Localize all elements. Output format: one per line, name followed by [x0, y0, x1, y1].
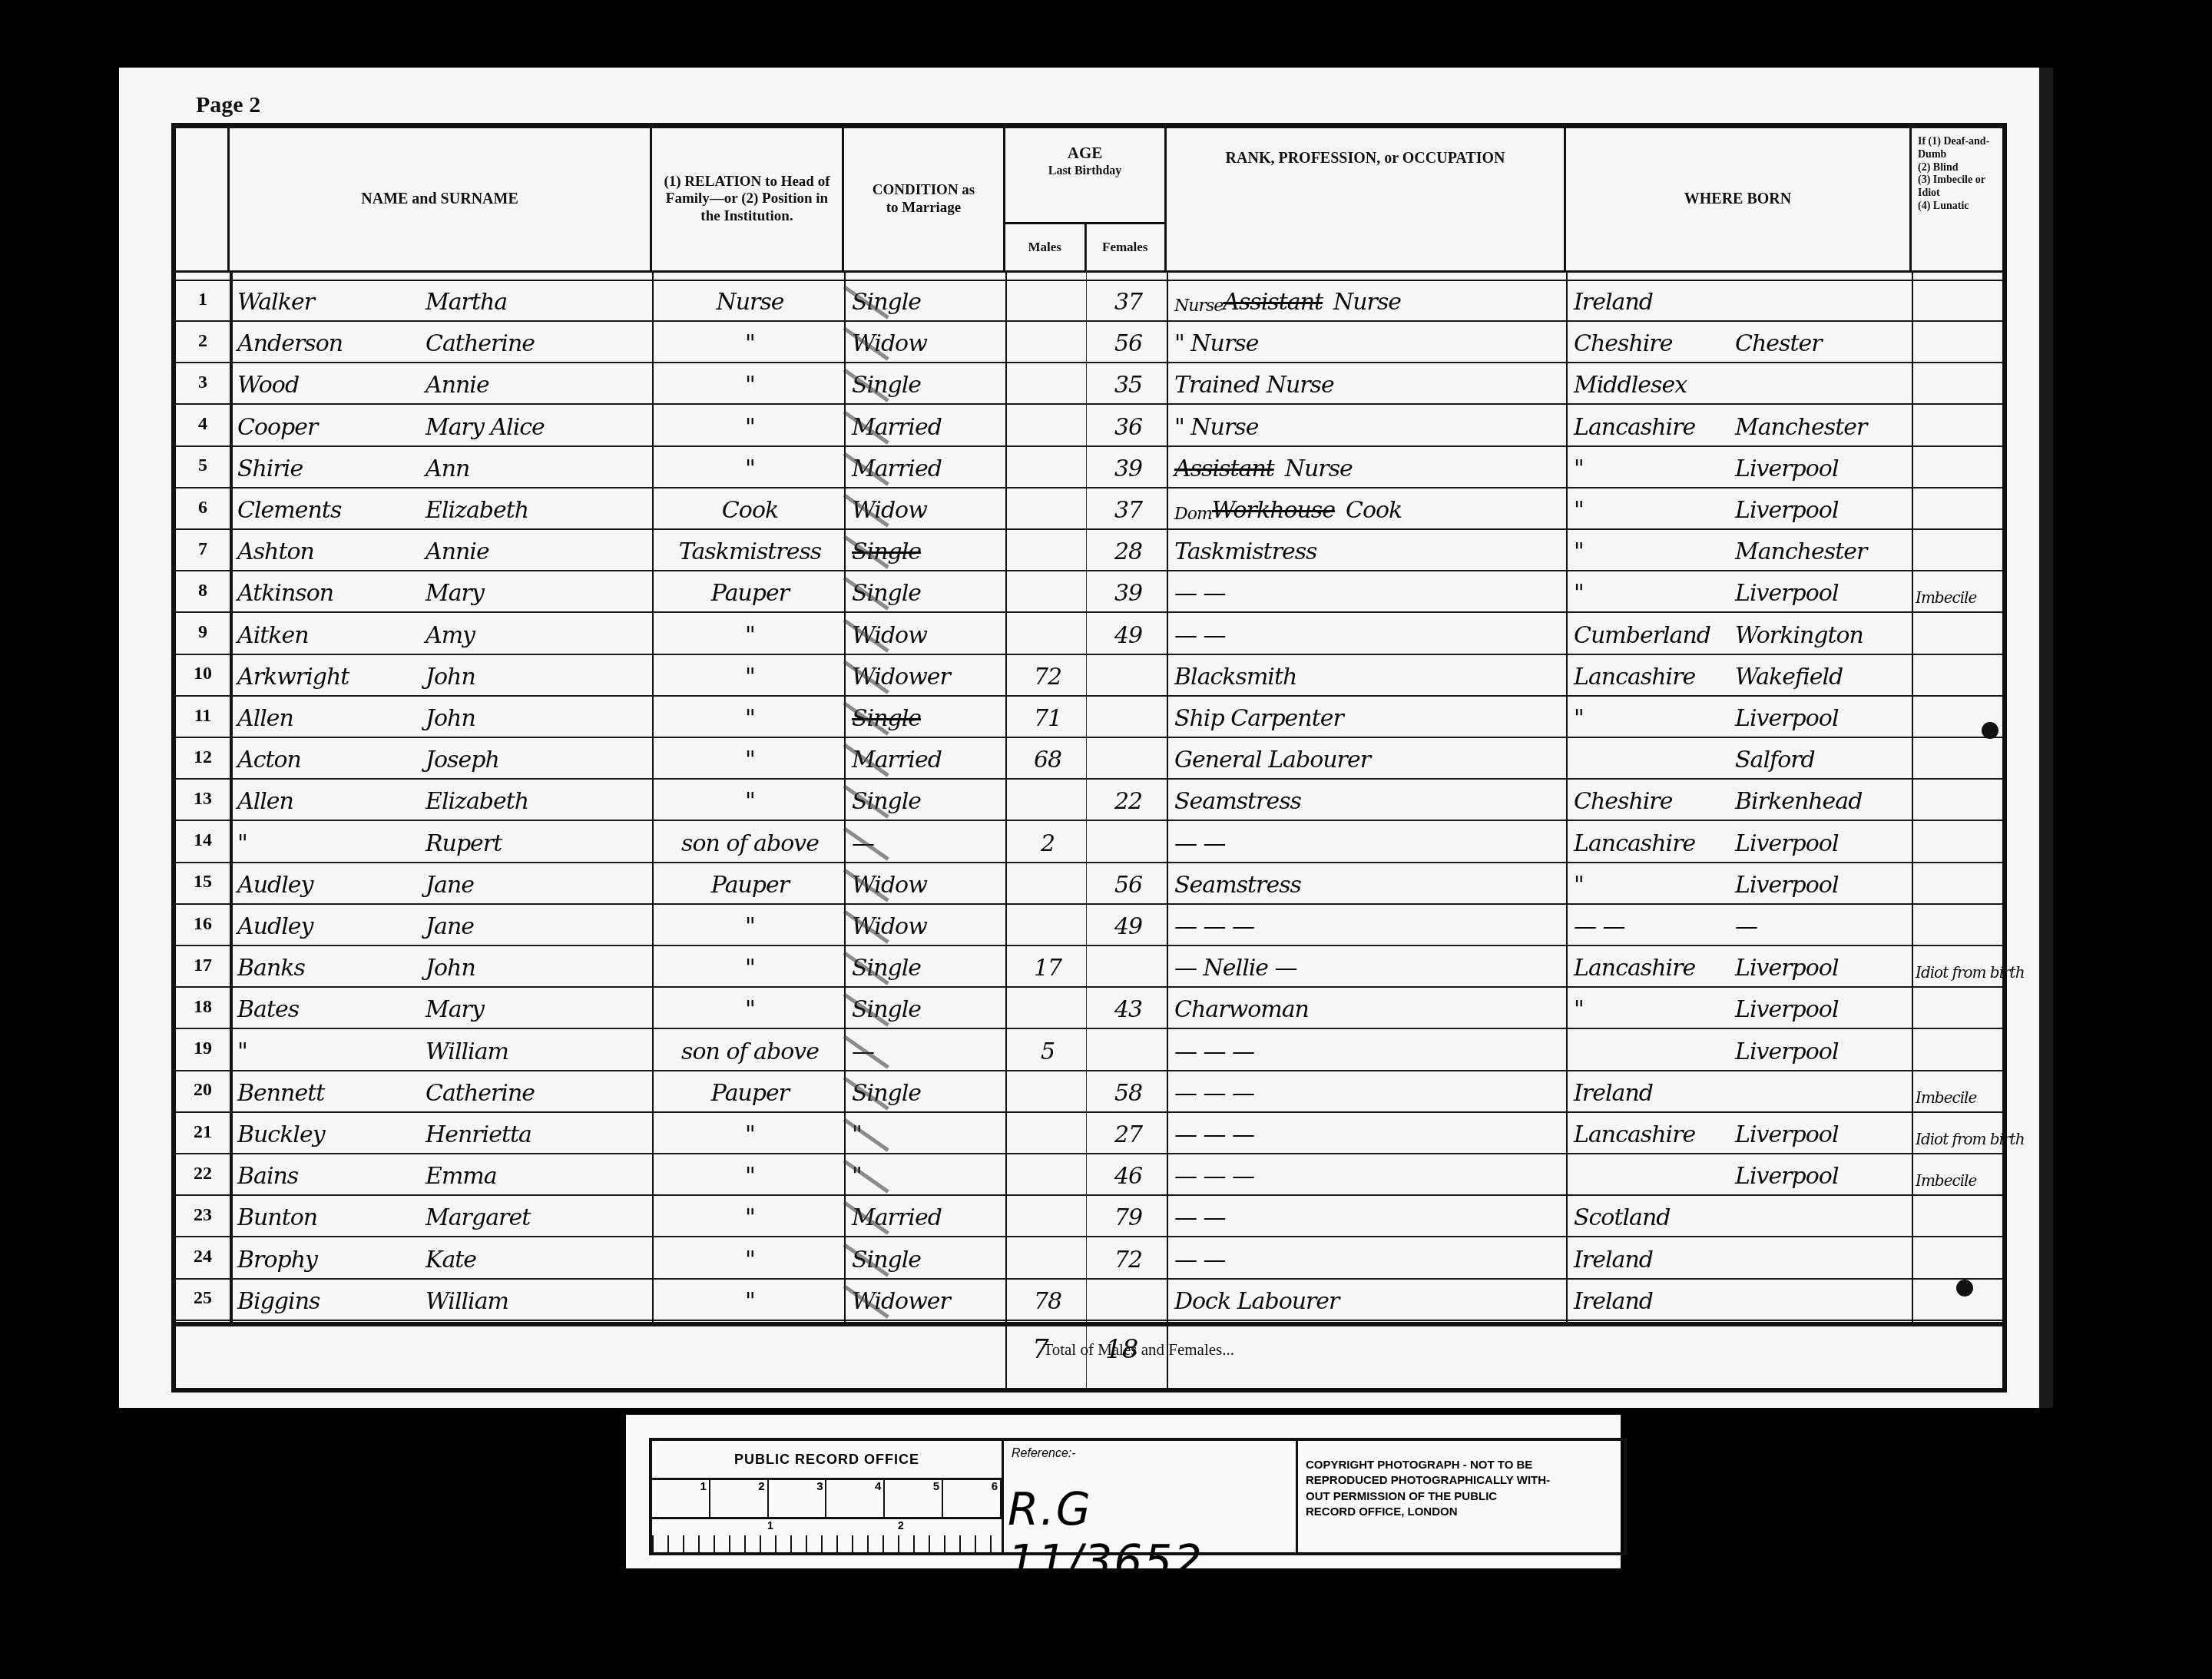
cell-infirmity — [1916, 778, 2004, 820]
table-row: 7AshtonAnnieTaskmistressSingle28Taskmist… — [176, 528, 2002, 571]
col-divider — [230, 270, 233, 1326]
cell-relation: " — [660, 612, 840, 654]
cell-born-county: Ireland — [1574, 279, 1739, 320]
table-row: 22BainsEmma""46— — —LiverpoolImbecile — [176, 1153, 2002, 1196]
table-row: 6ClementsElizabethCookWidow37Dom Workhou… — [176, 487, 2002, 530]
cell-relation: son of above — [660, 820, 840, 862]
total-females: 18 — [1105, 1334, 1138, 1365]
cell-relation: " — [660, 1194, 840, 1236]
ruler-tick-label: 6 — [943, 1480, 1002, 1517]
cell-relation: " — [660, 362, 840, 403]
cell-condition: Single — [852, 1070, 1005, 1111]
cell-no: 15 — [176, 862, 230, 903]
cell-surname: Walker — [237, 279, 437, 320]
cell-born-place: — — [1735, 903, 1908, 945]
table-row: 20BennettCatherinePauperSingle58— — —Ire… — [176, 1070, 2002, 1113]
cell-born-county: Cheshire — [1574, 320, 1739, 362]
cell-surname: Anderson — [237, 320, 437, 362]
cell-infirmity — [1916, 528, 2004, 570]
cell-occupation: — — — [1174, 1237, 1562, 1278]
cell-occupation-value: Nurse — [1285, 455, 1353, 482]
cell-occupation: Seamstress — [1174, 862, 1562, 903]
cell-infirmity — [1916, 362, 2004, 403]
cell-condition: Single — [852, 362, 1005, 403]
table-row: 24BrophyKate"Single72— —Ireland — [176, 1237, 2002, 1280]
cell-female-age: 28 — [1090, 528, 1167, 570]
cell-born-county: " — [1574, 528, 1739, 570]
header-occupation: RANK, PROFESSION, or OCCUPATION — [1167, 128, 1566, 270]
cell-occupation: " Nurse — [1174, 404, 1562, 445]
cell-born-county: Lancashire — [1574, 1111, 1739, 1153]
table-row: 25BigginsWilliam"Widower78Dock LabourerI… — [176, 1278, 2002, 1321]
cell-forename: Kate — [426, 1237, 648, 1278]
cell-condition: Widow — [852, 903, 1005, 945]
table-row: 10ArkwrightJohn"Widower72BlacksmithLanca… — [176, 654, 2002, 697]
cell-female-age — [1090, 1278, 1167, 1320]
cell-no: 10 — [176, 654, 230, 695]
cell-born-county: Ireland — [1574, 1070, 1739, 1111]
cell-condition: Single — [852, 1237, 1005, 1278]
cell-no: 19 — [176, 1028, 230, 1070]
census-page: Page 2 NAME and SURNAME (1) RELATION to … — [119, 68, 2053, 1408]
cell-occupation: — — — — [1174, 903, 1562, 945]
cell-relation: " — [660, 320, 840, 362]
cell-relation: " — [660, 945, 840, 986]
cell-born-county: " — [1574, 445, 1739, 487]
total-males: 7 — [1032, 1334, 1049, 1365]
col-divider — [1912, 270, 1913, 1326]
cell-condition: " — [852, 1153, 1005, 1194]
cell-born-place: Manchester — [1735, 404, 1908, 445]
cell-female-age: 56 — [1090, 320, 1167, 362]
col-divider — [1005, 270, 1007, 1388]
cell-condition: Single — [852, 778, 1005, 820]
table-row: 4CooperMary Alice"Married36" NurseLancas… — [176, 404, 2002, 447]
ruler-tick-label: 3 — [769, 1480, 827, 1517]
cell-condition: — — [852, 820, 1005, 862]
cell-forename: Annie — [426, 362, 648, 403]
cell-occupation: Trained Nurse — [1174, 362, 1562, 403]
cell-male-age — [1009, 1237, 1086, 1278]
header-relation: (1) RELATION to Head of Family—or (2) Po… — [652, 128, 844, 270]
cell-occupation: Dock Labourer — [1174, 1278, 1562, 1320]
cell-male-age — [1009, 986, 1086, 1028]
cell-born-county: Lancashire — [1574, 945, 1739, 986]
cell-female-age — [1090, 820, 1167, 862]
cell-male-age — [1009, 612, 1086, 654]
cell-born-county: " — [1574, 862, 1739, 903]
cell-condition: Married — [852, 737, 1005, 778]
cell-male-age — [1009, 487, 1086, 528]
struck-text: Assistant — [1223, 289, 1323, 316]
cell-condition: Widow — [852, 487, 1005, 528]
cell-no: 22 — [176, 1153, 230, 1194]
cell-relation: " — [660, 903, 840, 945]
struck-text: Assistant — [1174, 455, 1274, 482]
cell-no: 11 — [176, 695, 230, 737]
cell-no: 7 — [176, 528, 230, 570]
cell-male-age — [1009, 1194, 1086, 1236]
cell-forename: Annie — [426, 528, 648, 570]
cell-born-county: " — [1574, 695, 1739, 737]
cell-born-county: " — [1574, 986, 1739, 1028]
cell-male-age — [1009, 528, 1086, 570]
cell-occupation: Blacksmith — [1174, 654, 1562, 695]
cell-infirmity — [1916, 820, 2004, 862]
cell-female-age: 72 — [1090, 1237, 1167, 1278]
cell-occupation: — — — — [1174, 1028, 1562, 1070]
cell-no: 25 — [176, 1278, 230, 1320]
cell-relation: " — [660, 1153, 840, 1194]
cell-no: 12 — [176, 737, 230, 778]
cell-no: 1 — [176, 279, 230, 320]
reference-label: Reference:- — [1012, 1447, 1076, 1461]
header-name: NAME and SURNAME — [230, 128, 652, 270]
cell-infirmity — [1916, 986, 2004, 1028]
cell-born-place: Workington — [1735, 612, 1908, 654]
cell-female-age — [1090, 1028, 1167, 1070]
cell-forename: Henrietta — [426, 1111, 648, 1153]
cell-relation: " — [660, 1111, 840, 1153]
ink-blot — [1956, 1280, 1973, 1297]
cell-condition: Single — [852, 945, 1005, 986]
table-row: 9AitkenAmy"Widow49— —CumberlandWorkingto… — [176, 612, 2002, 655]
header-where-born: WHERE BORN — [1566, 128, 1912, 270]
cell-female-age: 37 — [1090, 279, 1167, 320]
cell-forename: Catherine — [426, 1070, 648, 1111]
cell-forename: John — [426, 695, 648, 737]
age-males-header: Males — [1005, 224, 1086, 270]
cell-no: 17 — [176, 945, 230, 986]
table-row: 3WoodAnnie"Single35Trained NurseMiddlese… — [176, 362, 2002, 405]
age-subtitle: Last Birthday — [1048, 164, 1122, 179]
cell-surname: Ashton — [237, 528, 437, 570]
cell-male-age — [1009, 320, 1086, 362]
cell-forename: John — [426, 654, 648, 695]
cell-forename: Mary — [426, 570, 648, 611]
cell-forename: Margaret — [426, 1194, 648, 1236]
cell-born-county: Scotland — [1574, 1194, 1739, 1236]
copyright-notice: COPYRIGHT PHOTOGRAPH - NOT TO BE REPRODU… — [1298, 1441, 1624, 1552]
cell-female-age: 79 — [1090, 1194, 1167, 1236]
cell-infirmity — [1916, 1194, 2004, 1236]
cell-infirmity — [1916, 654, 2004, 695]
ruler-tick-label: 4 — [826, 1480, 885, 1517]
cell-female-age — [1090, 654, 1167, 695]
cell-male-age: 17 — [1009, 945, 1086, 986]
cell-born-county: Lancashire — [1574, 820, 1739, 862]
cell-occupation: — — — — [1174, 1153, 1562, 1194]
cell-occupation: Seamstress — [1174, 778, 1562, 820]
cell-condition: Widower — [852, 1278, 1005, 1320]
cell-born-place: Wakefield — [1735, 654, 1908, 695]
cell-surname: Atkinson — [237, 570, 437, 611]
cell-relation: Pauper — [660, 1070, 840, 1111]
cell-infirmity — [1916, 404, 2004, 445]
cell-occupation: — — — — [1174, 1070, 1562, 1111]
table-row: 16AudleyJane"Widow49— — —— —— — [176, 903, 2002, 946]
cell-occupation: Ship Carpenter — [1174, 695, 1562, 737]
cell-born-place: Chester — [1735, 320, 1908, 362]
cell-infirmity — [1916, 862, 2004, 903]
cell-male-age — [1009, 404, 1086, 445]
cell-surname: Clements — [237, 487, 437, 528]
cell-infirmity — [1916, 487, 2004, 528]
cell-born-place — [1735, 1070, 1908, 1111]
cell-surname: Allen — [237, 695, 437, 737]
cell-no: 23 — [176, 1194, 230, 1236]
cell-forename: Mary — [426, 986, 648, 1028]
cell-surname: Bunton — [237, 1194, 437, 1236]
cell-condition: Married — [852, 1194, 1005, 1236]
cell-infirmity: Imbecile — [1916, 1153, 2004, 1194]
totals-row: Total of Males and Females... 7 18 — [176, 1322, 2002, 1388]
cell-condition: " — [852, 1111, 1005, 1153]
ink-blot — [1982, 722, 1998, 739]
cell-occupation: Dom WorkhouseCook — [1174, 487, 1562, 528]
cell-born-county: Cheshire — [1574, 778, 1739, 820]
cell-surname: Aitken — [237, 612, 437, 654]
cell-born-place: Liverpool — [1735, 820, 1908, 862]
cell-condition: Widower — [852, 654, 1005, 695]
totals-label: Total of Males and Females... — [1043, 1340, 1234, 1359]
cell-occupation: — — — [1174, 820, 1562, 862]
cell-no: 3 — [176, 362, 230, 403]
cell-female-age: 43 — [1090, 986, 1167, 1028]
cell-condition: Married — [852, 445, 1005, 487]
cell-male-age: 2 — [1009, 820, 1086, 862]
cell-surname: Buckley — [237, 1111, 437, 1153]
census-ledger: NAME and SURNAME (1) RELATION to Head of… — [171, 123, 2007, 1393]
cell-no: 20 — [176, 1070, 230, 1111]
cell-female-age: 27 — [1090, 1111, 1167, 1153]
cell-forename: Rupert — [426, 820, 648, 862]
cell-relation: " — [660, 737, 840, 778]
cell-forename: Elizabeth — [426, 778, 648, 820]
cell-born-place — [1735, 1278, 1908, 1320]
table-row: 2AndersonCatherine"Widow56" NurseCheshir… — [176, 320, 2002, 363]
ruler-tick-label: 5 — [885, 1480, 943, 1517]
header-condition: CONDITION as to Marriage — [844, 128, 1005, 270]
cell-infirmity: Imbecile — [1916, 570, 2004, 611]
cell-male-age — [1009, 362, 1086, 403]
cell-occupation: — — — [1174, 570, 1562, 611]
scale-ruler-inch: 12 — [652, 1519, 1002, 1552]
cell-surname: Banks — [237, 945, 437, 986]
table-row: 5ShirieAnn"Married39AssistantNurse"Liver… — [176, 445, 2002, 488]
table-row: 11AllenJohn"Single71Ship Carpenter"Liver… — [176, 695, 2002, 738]
cell-born-county: Middlesex — [1574, 362, 1739, 403]
cell-no: 9 — [176, 612, 230, 654]
cell-relation: " — [660, 778, 840, 820]
cell-surname: Acton — [237, 737, 437, 778]
cell-condition: — — [852, 1028, 1005, 1070]
cell-condition: Single — [852, 986, 1005, 1028]
age-title: AGE — [1068, 144, 1103, 163]
cell-female-age — [1090, 737, 1167, 778]
cell-no: 4 — [176, 404, 230, 445]
cell-no: 24 — [176, 1237, 230, 1278]
cell-surname: Arkwright — [237, 654, 437, 695]
cell-forename: Catherine — [426, 320, 648, 362]
cell-occupation: — — — [1174, 612, 1562, 654]
table-row: 12ActonJoseph"Married68General LabourerS… — [176, 737, 2002, 780]
cell-female-age: 46 — [1090, 1153, 1167, 1194]
cell-female-age: 49 — [1090, 612, 1167, 654]
cell-infirmity: Imbecile — [1916, 1070, 2004, 1111]
cell-male-age — [1009, 903, 1086, 945]
cell-no: 16 — [176, 903, 230, 945]
cell-born-place — [1735, 1194, 1908, 1236]
cell-male-age: 68 — [1009, 737, 1086, 778]
cell-born-county — [1574, 737, 1739, 778]
cell-infirmity — [1916, 279, 2004, 320]
table-row: 21BuckleyHenrietta""27— — —LancashireLiv… — [176, 1111, 2002, 1154]
cell-no: 5 — [176, 445, 230, 487]
cell-occupation-value: Cook — [1346, 497, 1402, 524]
cell-forename: Martha — [426, 279, 648, 320]
cell-occupation: — — — [1174, 1194, 1562, 1236]
cell-occupation: Taskmistress — [1174, 528, 1562, 570]
cell-infirmity — [1916, 903, 2004, 945]
cell-born-place: Liverpool — [1735, 695, 1908, 737]
public-record-office-stamp: PUBLIC RECORD OFFICE 123456 12 Reference… — [626, 1415, 1621, 1568]
cell-born-place: Liverpool — [1735, 1153, 1908, 1194]
table-row: 18BatesMary"Single43Charwoman"Liverpool — [176, 986, 2002, 1029]
cell-surname: " — [237, 820, 437, 862]
cell-infirmity — [1916, 737, 2004, 778]
cell-forename: Joseph — [426, 737, 648, 778]
cell-forename: Emma — [426, 1153, 648, 1194]
ruler-tick-label: 1 — [767, 1519, 773, 1532]
cell-condition: Widow — [852, 612, 1005, 654]
cell-female-age: 35 — [1090, 362, 1167, 403]
cell-relation: Cook — [660, 487, 840, 528]
cell-forename: John — [426, 945, 648, 986]
cell-born-county: Lancashire — [1574, 654, 1739, 695]
cell-born-place: Liverpool — [1735, 445, 1908, 487]
cell-relation: " — [660, 986, 840, 1028]
cell-born-county: Ireland — [1574, 1237, 1739, 1278]
cell-female-age: 36 — [1090, 404, 1167, 445]
cell-occupation: — — — — [1174, 1111, 1562, 1153]
cell-born-county: — — — [1574, 903, 1739, 945]
cell-female-age: 37 — [1090, 487, 1167, 528]
ruler-tick-label: 2 — [710, 1480, 769, 1517]
cell-occupation: " Nurse — [1174, 320, 1562, 362]
header-row-no — [176, 128, 230, 270]
cell-relation: " — [660, 1237, 840, 1278]
cell-infirmity — [1916, 445, 2004, 487]
cell-surname: Bains — [237, 1153, 437, 1194]
ruler-tick-label: 2 — [898, 1519, 904, 1532]
cell-condition: Single — [852, 528, 1005, 570]
cell-born-place: Salford — [1735, 737, 1908, 778]
cell-female-age — [1090, 945, 1167, 986]
cell-occupation-value: Nurse — [1333, 289, 1401, 316]
col-divider — [1566, 270, 1568, 1326]
cell-born-place: Liverpool — [1735, 1111, 1908, 1153]
cell-forename: William — [426, 1278, 648, 1320]
cell-male-age — [1009, 1070, 1086, 1111]
cell-male-age: 78 — [1009, 1278, 1086, 1320]
cell-surname: Biggins — [237, 1278, 437, 1320]
cell-born-county — [1574, 1153, 1739, 1194]
page-label: Page 2 — [196, 92, 260, 118]
cell-no: 2 — [176, 320, 230, 362]
table-row: 8AtkinsonMaryPauperSingle39— —"Liverpool… — [176, 570, 2002, 613]
cell-born-place: Liverpool — [1735, 1028, 1908, 1070]
cell-condition: Widow — [852, 862, 1005, 903]
cell-surname: " — [237, 1028, 437, 1070]
table-row: 13AllenElizabeth"Single22SeamstressChesh… — [176, 778, 2002, 821]
cell-no: 18 — [176, 986, 230, 1028]
cell-forename: Amy — [426, 612, 648, 654]
cell-male-age — [1009, 862, 1086, 903]
cell-male-age — [1009, 1153, 1086, 1194]
pro-office-title: PUBLIC RECORD OFFICE — [652, 1441, 1002, 1480]
cell-relation: " — [660, 445, 840, 487]
col-divider — [1086, 224, 1087, 1388]
cell-born-county: Lancashire — [1574, 404, 1739, 445]
cell-surname: Shirie — [237, 445, 437, 487]
col-divider — [1167, 270, 1168, 1388]
cell-born-county: Cumberland — [1574, 612, 1739, 654]
cell-male-age — [1009, 570, 1086, 611]
col-divider — [844, 270, 846, 1326]
cell-surname: Bates — [237, 986, 437, 1028]
struck-text: Workhouse — [1212, 497, 1335, 524]
cell-occupation: AssistantNurse — [1174, 445, 1562, 487]
cell-born-place — [1735, 1237, 1908, 1278]
cell-born-place — [1735, 362, 1908, 403]
cell-surname: Audley — [237, 862, 437, 903]
cell-female-age: 49 — [1090, 903, 1167, 945]
cell-no: 14 — [176, 820, 230, 862]
cell-forename: Mary Alice — [426, 404, 648, 445]
cell-infirmity — [1916, 320, 2004, 362]
cell-condition: Single — [852, 570, 1005, 611]
cell-infirmity: Idiot from birth — [1916, 945, 2004, 986]
cell-born-county — [1574, 1028, 1739, 1070]
cell-condition: Single — [852, 695, 1005, 737]
table-row: 1WalkerMarthaNurseSingle37Nurse Assistan… — [176, 279, 2002, 322]
cell-relation: son of above — [660, 1028, 840, 1070]
header-infirmity: If (1) Deaf-and-Dumb (2) Blind (3) Imbec… — [1912, 128, 2002, 270]
cell-relation: " — [660, 654, 840, 695]
table-row: 17BanksJohn"Single17— Nellie —Lancashire… — [176, 945, 2002, 988]
cell-infirmity: Idiot from birth — [1916, 1111, 2004, 1153]
cell-relation: Pauper — [660, 862, 840, 903]
cell-female-age: 58 — [1090, 1070, 1167, 1111]
col-divider — [652, 270, 654, 1326]
table-row: 15AudleyJanePauperWidow56Seamstress"Live… — [176, 862, 2002, 905]
cell-male-age: 5 — [1009, 1028, 1086, 1070]
table-row: 19"Williamson of above—5— — —Liverpool — [176, 1028, 2002, 1071]
cell-relation: " — [660, 695, 840, 737]
cell-infirmity — [1916, 1237, 2004, 1278]
table-row: 14"Rupertson of above—2— —LancashireLive… — [176, 820, 2002, 863]
cell-born-place: Liverpool — [1735, 570, 1908, 611]
cell-born-place: Manchester — [1735, 528, 1908, 570]
cell-female-age: 56 — [1090, 862, 1167, 903]
cell-infirmity — [1916, 612, 2004, 654]
cell-born-place — [1735, 279, 1908, 320]
cell-female-age — [1090, 695, 1167, 737]
cell-surname: Audley — [237, 903, 437, 945]
ruler-tick-label: 1 — [652, 1480, 710, 1517]
cell-relation: Nurse — [660, 279, 840, 320]
